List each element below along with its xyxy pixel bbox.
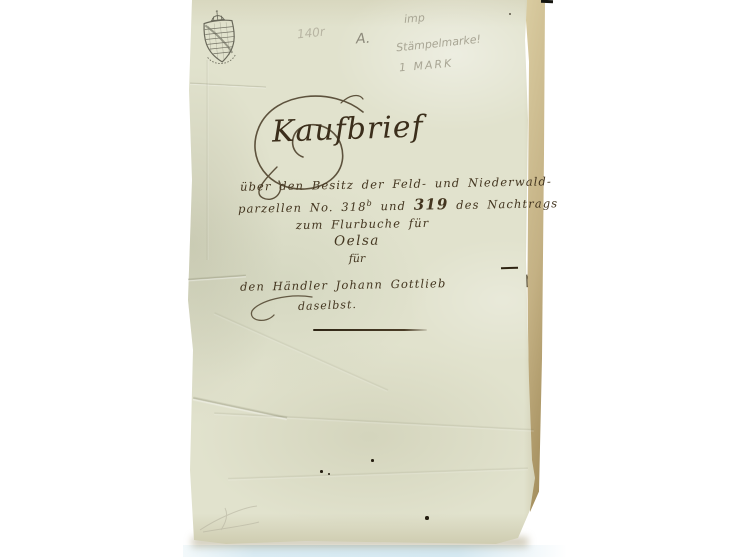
folio-number: 140r — [296, 25, 325, 42]
body-line-2-pre: parzellen No. 318 — [238, 200, 367, 216]
underline-flourish — [246, 291, 316, 325]
coat-of-arms-stamp — [191, 7, 249, 74]
body-line-3: zum Flurbuche für — [290, 216, 435, 233]
document-title: Kaufbrief — [271, 109, 424, 149]
parcel-superscript: b — [366, 199, 372, 208]
body-line-2-post: des Nachtrags — [456, 196, 558, 212]
body-line-2-mid: und — [380, 199, 406, 213]
scanned-document-page: 140r A. imp Stämpelmarke! 1 MARK Kaufbri… — [0, 0, 740, 557]
pencil-note-top: imp — [403, 11, 425, 26]
scan-artifact-mark — [541, 0, 553, 3]
ink-speck — [328, 473, 330, 475]
ink-speck — [320, 470, 323, 473]
ink-speck — [425, 516, 429, 520]
faint-pencil-scribble — [195, 500, 267, 536]
body-line-5: für — [292, 251, 422, 266]
coat-of-arms-stamp-graphic — [191, 7, 249, 74]
place-name: Oelsa — [292, 232, 422, 250]
parcel-number: 319 — [414, 195, 449, 214]
ink-speck — [371, 459, 374, 462]
ink-speck — [509, 13, 511, 15]
paper-sheet — [186, 0, 538, 546]
letter-mark: A. — [356, 31, 371, 48]
